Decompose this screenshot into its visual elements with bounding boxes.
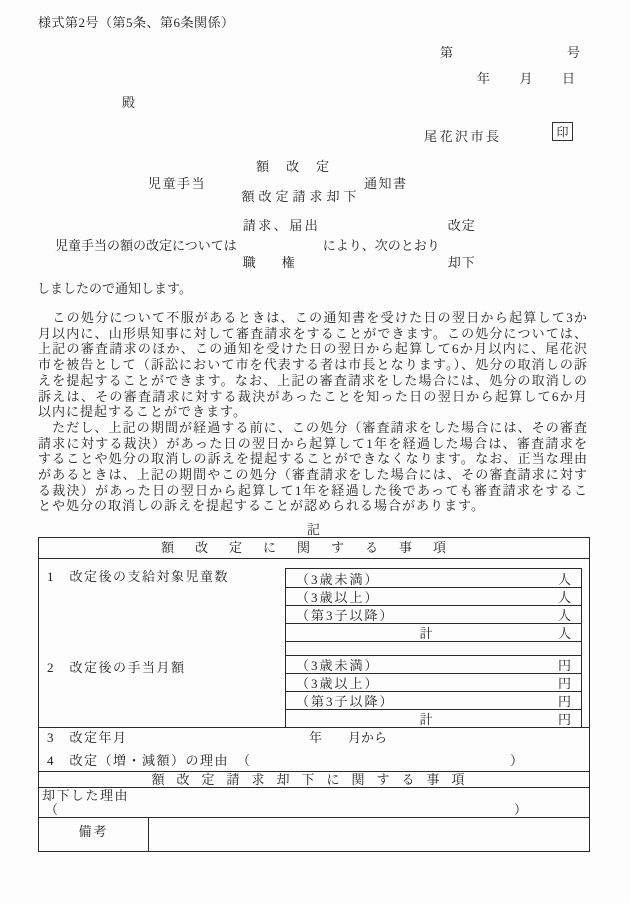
remarks-row: 備考 [39,817,589,851]
details-table: 額改定に関する事項 1 改定後の支給対象児童数 2 改定後の手当月額 （3歳未満… [38,537,590,852]
row-unit: 人 [558,587,571,606]
document-title: 児童手当 額改定 額改定請求却下 通知書 [148,152,408,212]
request-sentence: 児童手当の額の改定については 請求、届出 職 権 により、次のとおり 改定 却下 [55,207,476,281]
table-row-total: 計 人 [286,623,581,641]
item3-value: 年 月から [309,728,387,747]
request-option-stack-2: 改定 却下 [448,207,476,281]
title-option-amount-revision: 額改定 [238,152,364,182]
date-line: 年 月 日 [477,68,575,87]
table-row: （3歳以上） 円 [286,673,581,691]
table-row-spacer [286,641,581,655]
row-label: 計 [296,623,558,642]
option-claim-report: 請求、届出 [243,207,323,244]
item2-monthly-amount-label: 2 改定後の手当月額 [47,657,186,676]
notify-sentence: しましたので通知します。 [37,278,192,297]
option-rejected: 却下 [448,244,476,281]
title-left: 児童手当 [148,173,206,192]
row-label: （3歳未満） [296,655,380,674]
issuer-mayor-label: 尾花沢市長 [424,126,502,145]
row-unit: 人 [558,623,571,642]
ki-heading: 記 [38,519,590,538]
seal-box: 印 [552,122,573,141]
doc-number-prefix: 第 [440,42,453,61]
item4-close-paren: ） [510,750,523,769]
table-row: （第3子以降） 人 [286,605,581,623]
item4-reason-row: 4 改定（増・減額）の理由 （ ） [39,747,589,771]
row-label: 計 [296,709,558,728]
item1-children-count-label: 1 改定後の支給対象児童数 [47,566,229,585]
open-paren: （ [45,803,58,817]
row-label: （第3子以降） [296,691,395,710]
table-row: （3歳未満） 人 [286,569,581,587]
doc-number-suffix: 号 [567,42,580,61]
row-label: （3歳未満） [296,569,380,588]
row-unit: 人 [558,569,571,588]
row-label: （3歳以上） [296,587,380,606]
table-row: （第3子以降） 円 [286,691,581,709]
option-authority: 職 権 [243,244,323,281]
rejection-reason-parens: （ ） [42,803,589,817]
row-label: （3歳以上） [296,673,380,692]
row-label: （第3子以降） [296,605,395,624]
table-row: （3歳以上） 人 [286,587,581,605]
date-year-label: 年 [477,68,490,87]
item4-label: 4 改定（増・減額）の理由 （ [47,750,252,769]
remarks-label: 備考 [39,818,149,851]
rejection-reason-row: 却下した理由 （ ） [39,788,589,817]
table-row-total: 計 円 [286,709,581,727]
option-revised: 改定 [448,207,476,244]
document-number-line: 第 号 [440,42,580,61]
appeal-paragraph-1: この処分について不服があるときは、この通知書を受けた日の翌日から起算して3か月以… [38,310,588,420]
date-day-label: 日 [562,68,575,87]
rejection-reason-label: 却下した理由 [42,789,589,803]
form-style-label: 様式第2号（第5条、第6条関係） [38,12,235,31]
title-right: 通知書 [364,173,408,192]
close-paren: ） [514,803,527,817]
table-row: （3歳未満） 円 [286,655,581,673]
request-middle: により、次のとおり [323,235,440,254]
row-unit: 円 [558,655,571,674]
appeal-instructions: この処分について不服があるときは、この通知書を受けた日の翌日から起算して3か月以… [38,310,588,514]
remarks-content [149,818,589,851]
item3-label: 3 改定年月 [47,728,128,747]
row-unit: 人 [558,605,571,624]
appeal-paragraph-2: ただし、上記の期間が経過する前に、この処分（審査請求をした場合には、その審査請求… [38,420,588,514]
title-option-stack: 額改定 額改定請求却下 [238,152,364,212]
request-lead: 児童手当の額の改定については [55,235,237,254]
section2-header: 額改定請求却下に関する事項 [39,771,589,788]
row-unit: 円 [558,673,571,692]
section1-body: 1 改定後の支給対象児童数 2 改定後の手当月額 （3歳未満） 人 （3歳以上）… [39,559,589,727]
item3-revision-date-row: 3 改定年月 年 月から [39,727,589,747]
document-page: 様式第2号（第5条、第6条関係） 第 号 年 月 日 殿 尾花沢市長 印 児童手… [0,0,630,903]
date-month-label: 月 [519,68,532,87]
amounts-inner-table: （3歳未満） 人 （3歳以上） 人 （第3子以降） 人 計 人 （3歳未満） [285,568,582,728]
row-unit: 円 [558,709,571,728]
row-unit: 円 [558,691,571,710]
request-option-stack-1: 請求、届出 職 権 [243,207,323,281]
addressee-honorific: 殿 [122,92,135,111]
section1-header: 額改定に関する事項 [39,538,589,559]
